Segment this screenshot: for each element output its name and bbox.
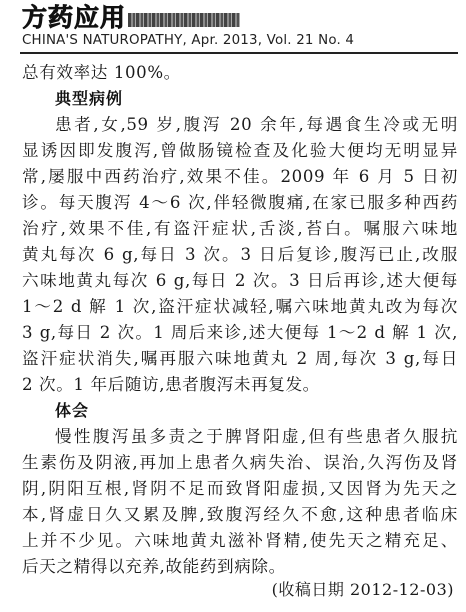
case-line: 患者,女,59 岁,腹泻 20 余年,每遇食生冷或无明 — [22, 112, 458, 138]
case-line: 常,屡服中西药治疗,效果不佳。2009 年 6 月 5 日初 — [22, 164, 458, 190]
discussion-line: 阴,阴阳互根,肾阴不足而致肾阳虚损,又因肾为先天之 — [22, 476, 458, 502]
discussion-line: 上并不少见。六味地黄丸滋补肾精,使先天之精充足、 — [22, 528, 458, 554]
case-line: 1～2 d 解 1 次,盗汗症状减轻,嘱六味地黄丸改为每次 — [22, 294, 458, 320]
case-line: 六味地黄丸每次 6 g,每日 2 次。3 日后再诊,述大便每 — [22, 268, 458, 294]
case-line: 2 次。1 年后随访,患者腹泻未再复发。 — [22, 372, 458, 398]
journal-citation: CHINA'S NATUROPATHY, Apr. 2013, Vol. 21 … — [22, 33, 354, 48]
received-date: (收稿日期 2012-12-03) — [272, 578, 454, 602]
case-heading: 典型病例 — [22, 86, 458, 112]
case-line: 治疗,效果不佳,有盗汗症状,舌淡,苔白。嘱服六味地 — [22, 216, 458, 242]
discussion-line: 生素伤及阴液,再加上患者久病失治、误治,久泻伤及肾 — [22, 450, 458, 476]
discussion-line: 后天之精得以充养,故能药到病除。 — [22, 554, 458, 580]
section-title: 方药应用 — [22, 4, 126, 32]
discussion-line: 本,肾虚日久又累及脾,致腹泻经久不愈,这种患者临床 — [22, 502, 458, 528]
intro-tail: 总有效率达 100%。 — [22, 60, 458, 86]
case-line: 显诱因即发腹泻,曾做肠镜检查及化验大便均无明显异 — [22, 138, 458, 164]
discussion-heading: 体会 — [22, 398, 458, 424]
discussion-paragraph: 慢性腹泻虽多责之于脾肾阳虚,但有些患者久服抗 生素伤及阴液,再加上患者久病失治、… — [22, 424, 458, 580]
case-line: 黄丸每次 6 g,每日 3 次。3 日后复诊,腹泻已止,改服 — [22, 242, 458, 268]
case-line: 3 g,每日 2 次。1 周后来诊,述大便每 1～2 d 解 1 次, — [22, 320, 458, 346]
case-line: 诊。每天腹泻 4～6 次,伴轻微腹痛,在家已服多种西药 — [22, 190, 458, 216]
article-body: 总有效率达 100%。 典型病例 患者,女,59 岁,腹泻 20 余年,每遇食生… — [22, 60, 458, 580]
discussion-line: 慢性腹泻虽多责之于脾肾阳虚,但有些患者久服抗 — [22, 424, 458, 450]
page-header: 方药应用 — [22, 4, 462, 32]
case-line: 盗汗症状消失,嘱再服六味地黄丸 2 周,每次 3 g,每日 — [22, 346, 458, 372]
header-rule — [20, 52, 458, 54]
section-subtitle-obscured — [128, 13, 240, 27]
case-paragraph: 患者,女,59 岁,腹泻 20 余年,每遇食生冷或无明 显诱因即发腹泻,曾做肠镜… — [22, 112, 458, 398]
